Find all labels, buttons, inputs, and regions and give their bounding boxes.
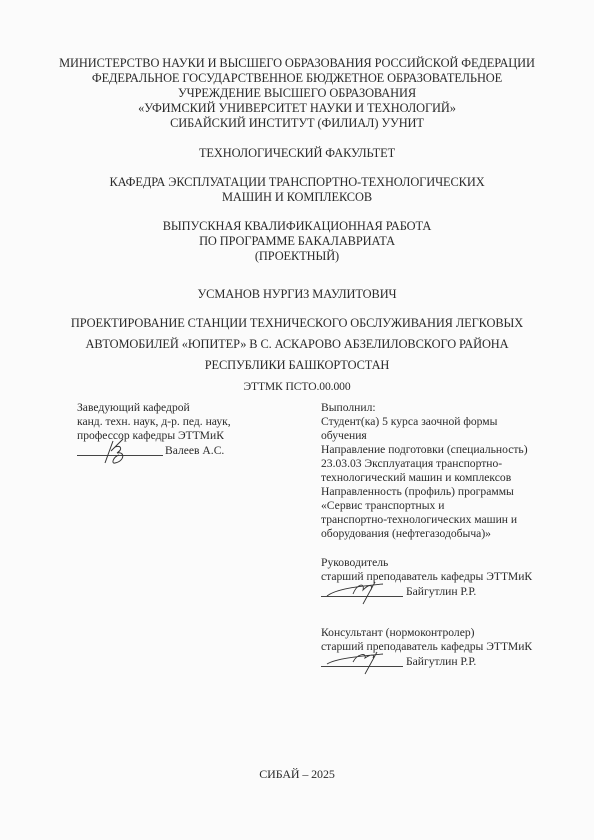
header-line-federal: ФЕДЕРАЛЬНОЕ ГОСУДАРСТВЕННОЕ БЮДЖЕТНОЕ ОБ… — [0, 71, 594, 86]
header-line-branch: СИБАЙСКИЙ ИНСТИТУТ (ФИЛИАЛ) УУНИТ — [0, 116, 594, 131]
performed-line-2: Студент(ка) 5 курса заочной формы — [321, 415, 528, 429]
performed-line-1: Выполнил: — [321, 401, 528, 415]
work-type-line-1: ВЫПУСКНАЯ КВАЛИФИКАЦИОННАЯ РАБОТА — [0, 219, 594, 234]
consultant-signature-row: Байгутлин Р.Р. — [321, 654, 561, 670]
performed-line-3: обучения — [321, 429, 528, 443]
faculty-name: ТЕХНОЛОГИЧЕСКИЙ ФАКУЛЬТЕТ — [0, 146, 594, 161]
city-year: СИБАЙ – 2025 — [0, 767, 594, 782]
head-of-department-block: Заведующий кафедрой канд. техн. наук, д-… — [77, 401, 297, 459]
supervisor-name: Байгутлин Р.Р. — [406, 585, 476, 599]
department-line-2: МАШИН И КОМПЛЕКСОВ — [0, 190, 594, 205]
header-line-institution-type: УЧРЕЖДЕНИЕ ВЫСШЕГО ОБРАЗОВАНИЯ — [0, 86, 594, 101]
consultant-role: Консультант (нормоконтролер) — [321, 626, 561, 640]
performed-line-4: Направление подготовки (специальность) — [321, 443, 528, 457]
title-page: МИНИСТЕРСТВО НАУКИ И ВЫСШЕГО ОБРАЗОВАНИЯ… — [0, 0, 594, 840]
performed-line-6: технологический машин и комплексов — [321, 471, 528, 485]
head-name: Валеев А.С. — [165, 444, 224, 458]
signature-icon — [97, 437, 137, 467]
supervisor-block: Руководитель старший преподаватель кафед… — [321, 556, 561, 600]
performed-line-8: «Сервис транспортных и — [321, 499, 528, 513]
author-name: УСМАНОВ НУРГИЗ МАУЛИТОВИЧ — [0, 287, 594, 302]
head-signature-row: Валеев А.С. — [77, 443, 297, 459]
signature-icon — [323, 576, 403, 606]
department-line-1: КАФЕДРА ЭКСПЛУАТАЦИИ ТРАНСПОРТНО-ТЕХНОЛО… — [0, 175, 594, 190]
performed-line-9: транспортно-технологических машин и — [321, 513, 528, 527]
work-type-line-2: ПО ПРОГРАММЕ БАКАЛАВРИАТА — [0, 234, 594, 249]
header-line-ministry: МИНИСТЕРСТВО НАУКИ И ВЫСШЕГО ОБРАЗОВАНИЯ… — [0, 56, 594, 71]
thesis-title-line-1: ПРОЕКТИРОВАНИЕ СТАНЦИИ ТЕХНИЧЕСКОГО ОБСЛ… — [0, 316, 594, 331]
thesis-title-line-3: РЕСПУБЛИКИ БАШКОРТОСТАН — [0, 358, 594, 373]
supervisor-signature-row: Байгутлин Р.Р. — [321, 584, 561, 600]
thesis-title-line-2: АВТОМОБИЛЕЙ «ЮПИТЕР» В С. АСКАРОВО АБЗЕЛ… — [0, 337, 594, 352]
performed-by-block: Выполнил: Студент(ка) 5 курса заочной фо… — [321, 401, 528, 541]
performed-line-10: оборудования (нефтегазодобыча)» — [321, 527, 528, 541]
consultant-name: Байгутлин Р.Р. — [406, 655, 476, 669]
head-position-line-1: Заведующий кафедрой — [77, 401, 297, 415]
consultant-block: Консультант (нормоконтролер) старший пре… — [321, 626, 561, 670]
work-type-line-3: (ПРОЕКТНЫЙ) — [0, 249, 594, 264]
head-position-line-2: канд. техн. наук, д-р. пед. наук, — [77, 415, 297, 429]
document-code: ЭТТМК ПСТО.00.000 — [0, 379, 594, 394]
performed-line-5: 23.03.03 Эксплуатация транспортно- — [321, 457, 528, 471]
header-line-university: «УФИМСКИЙ УНИВЕРСИТЕТ НАУКИ И ТЕХНОЛОГИЙ… — [0, 101, 594, 116]
performed-line-7: Направленность (профиль) программы — [321, 485, 528, 499]
signature-icon — [323, 646, 403, 676]
supervisor-role: Руководитель — [321, 556, 561, 570]
